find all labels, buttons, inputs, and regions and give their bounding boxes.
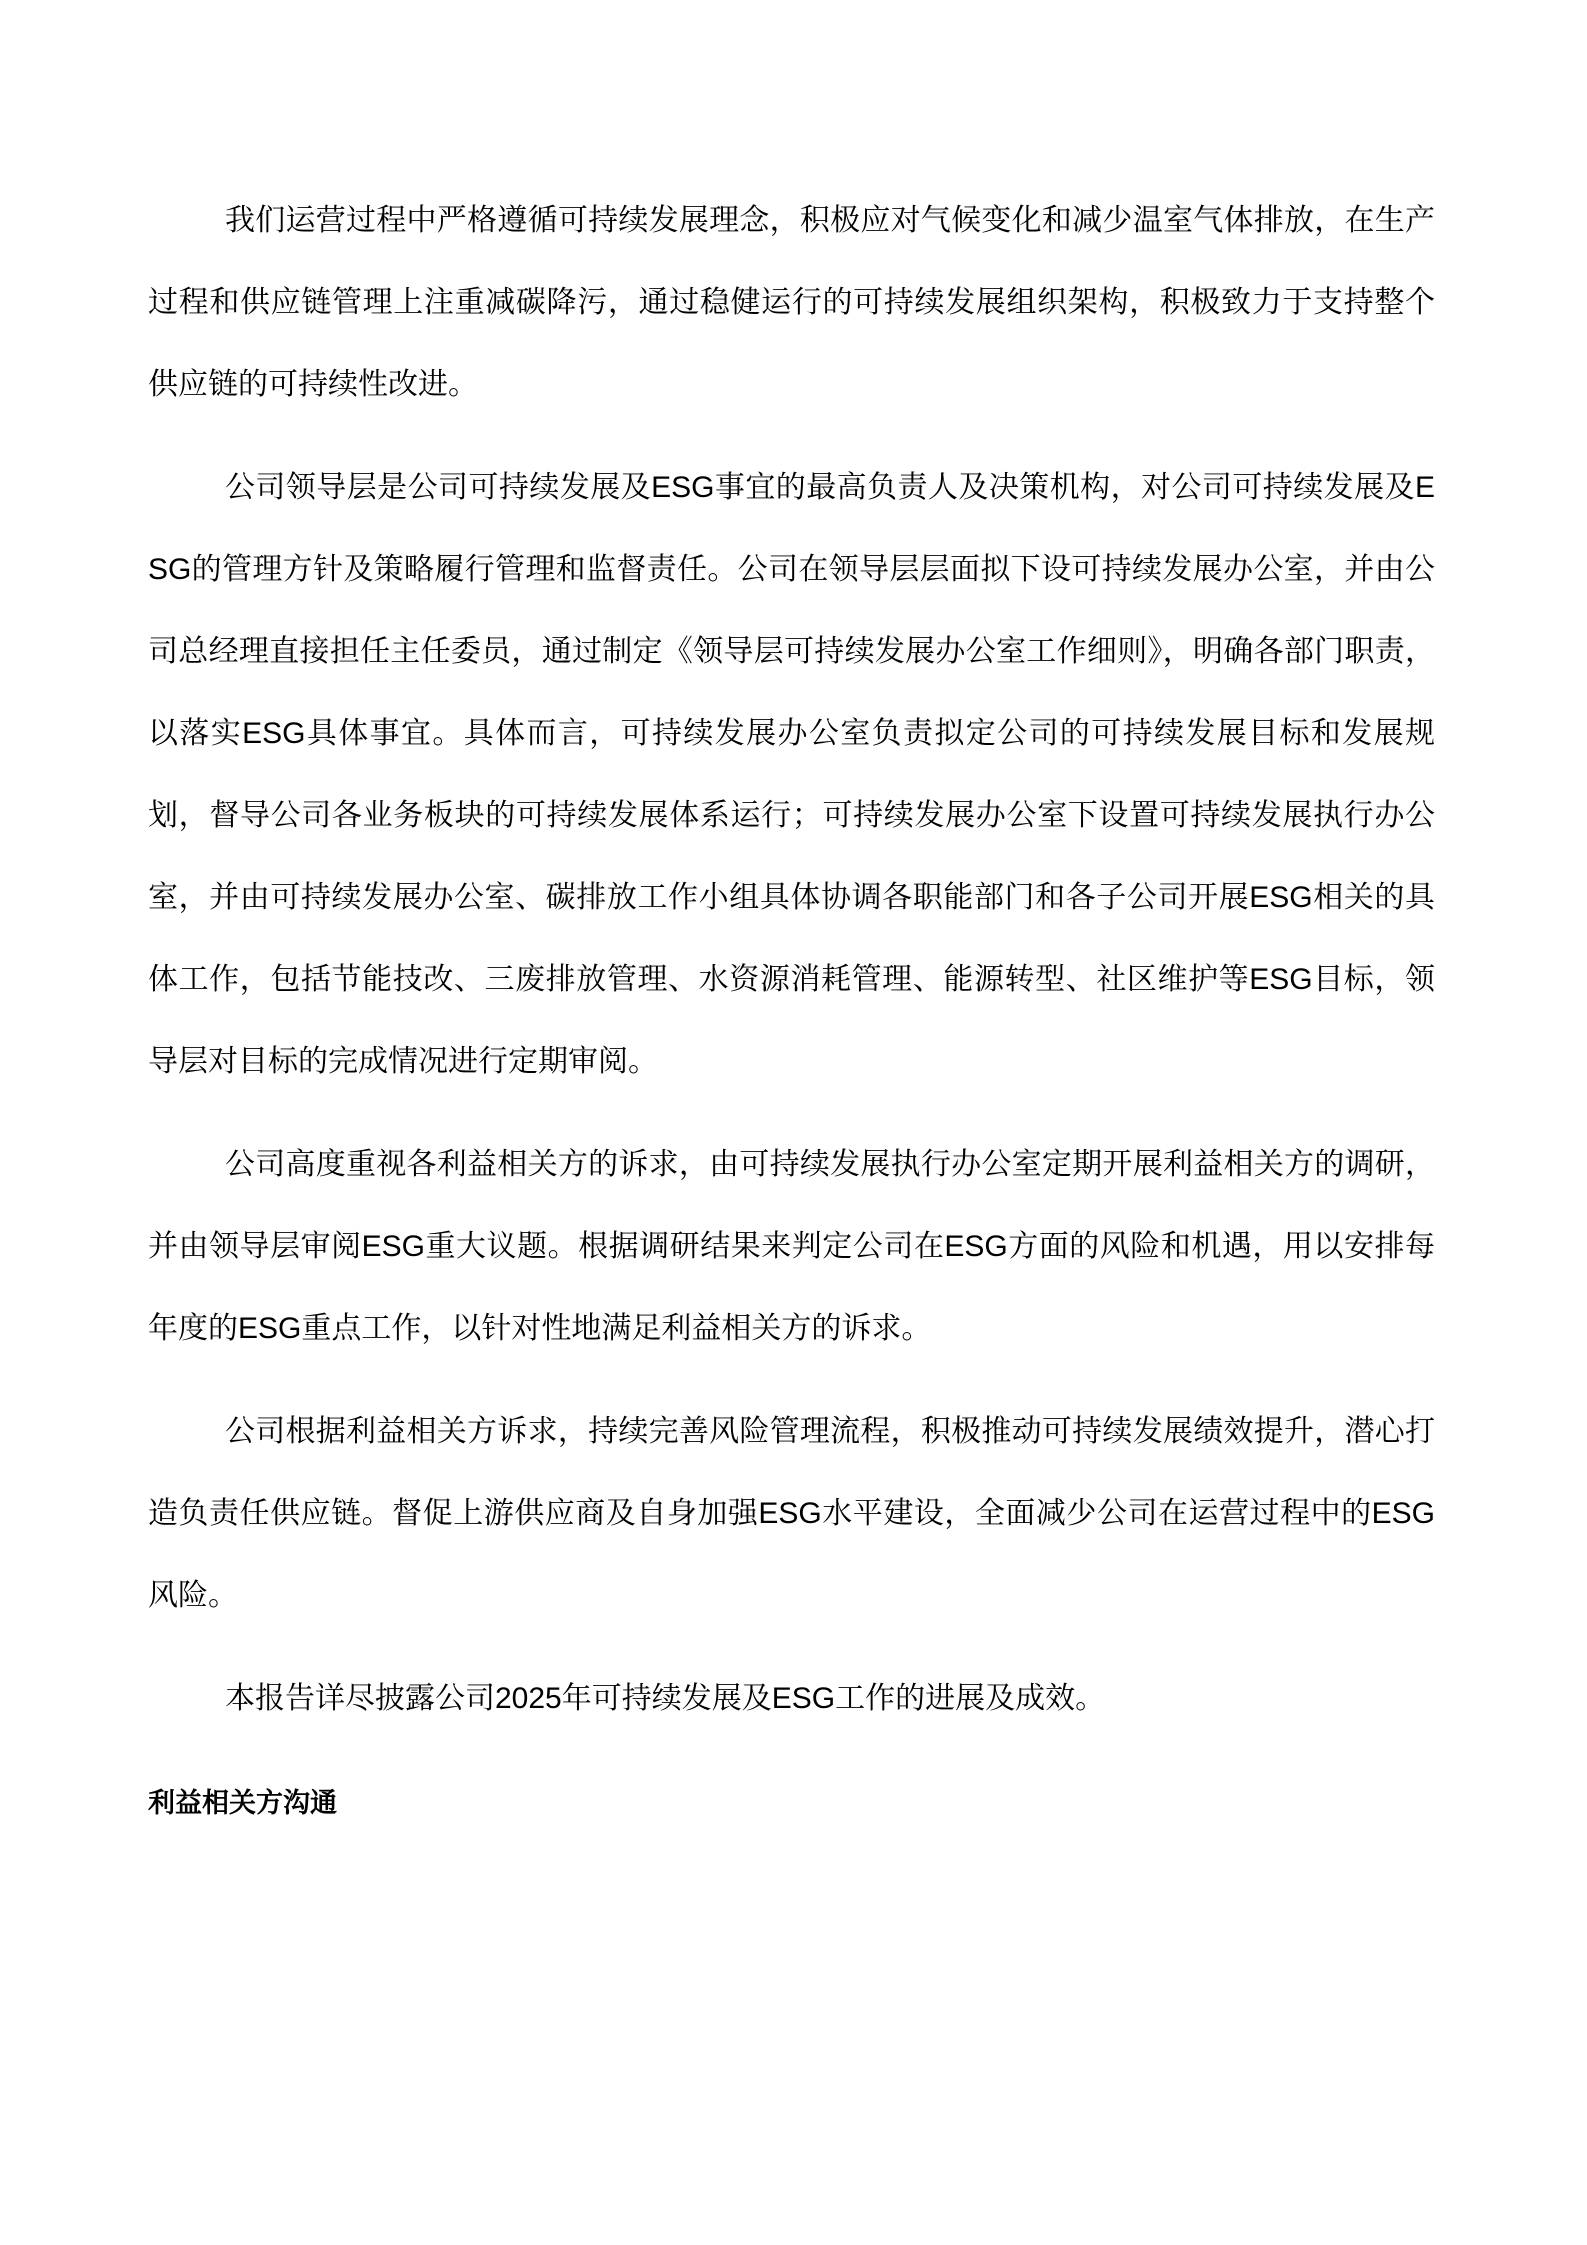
paragraph-leadership-governance: 公司领导层是公司可持续发展及ESG事宜的最高负责人及决策机构，对公司可持续发展及… <box>148 447 1435 1103</box>
paragraph-stakeholder-demands: 公司高度重视各利益相关方的诉求，由可持续发展执行办公室定期开展利益相关方的调研，… <box>148 1124 1435 1370</box>
paragraph-sustainability-philosophy: 我们运营过程中严格遵循可持续发展理念，积极应对气候变化和减少温室气体排放，在生产… <box>148 180 1435 426</box>
document-page: 我们运营过程中严格遵循可持续发展理念，积极应对气候变化和减少温室气体排放，在生产… <box>0 0 1587 2245</box>
section-heading-stakeholder-communication: 利益相关方沟通 <box>148 1780 1435 1826</box>
paragraph-risk-management: 公司根据利益相关方诉求，持续完善风险管理流程，积极推动可持续发展绩效提升，潜心打… <box>148 1391 1435 1637</box>
paragraph-report-disclosure: 本报告详尽披露公司2025年可持续发展及ESG工作的进展及成效。 <box>148 1658 1435 1740</box>
